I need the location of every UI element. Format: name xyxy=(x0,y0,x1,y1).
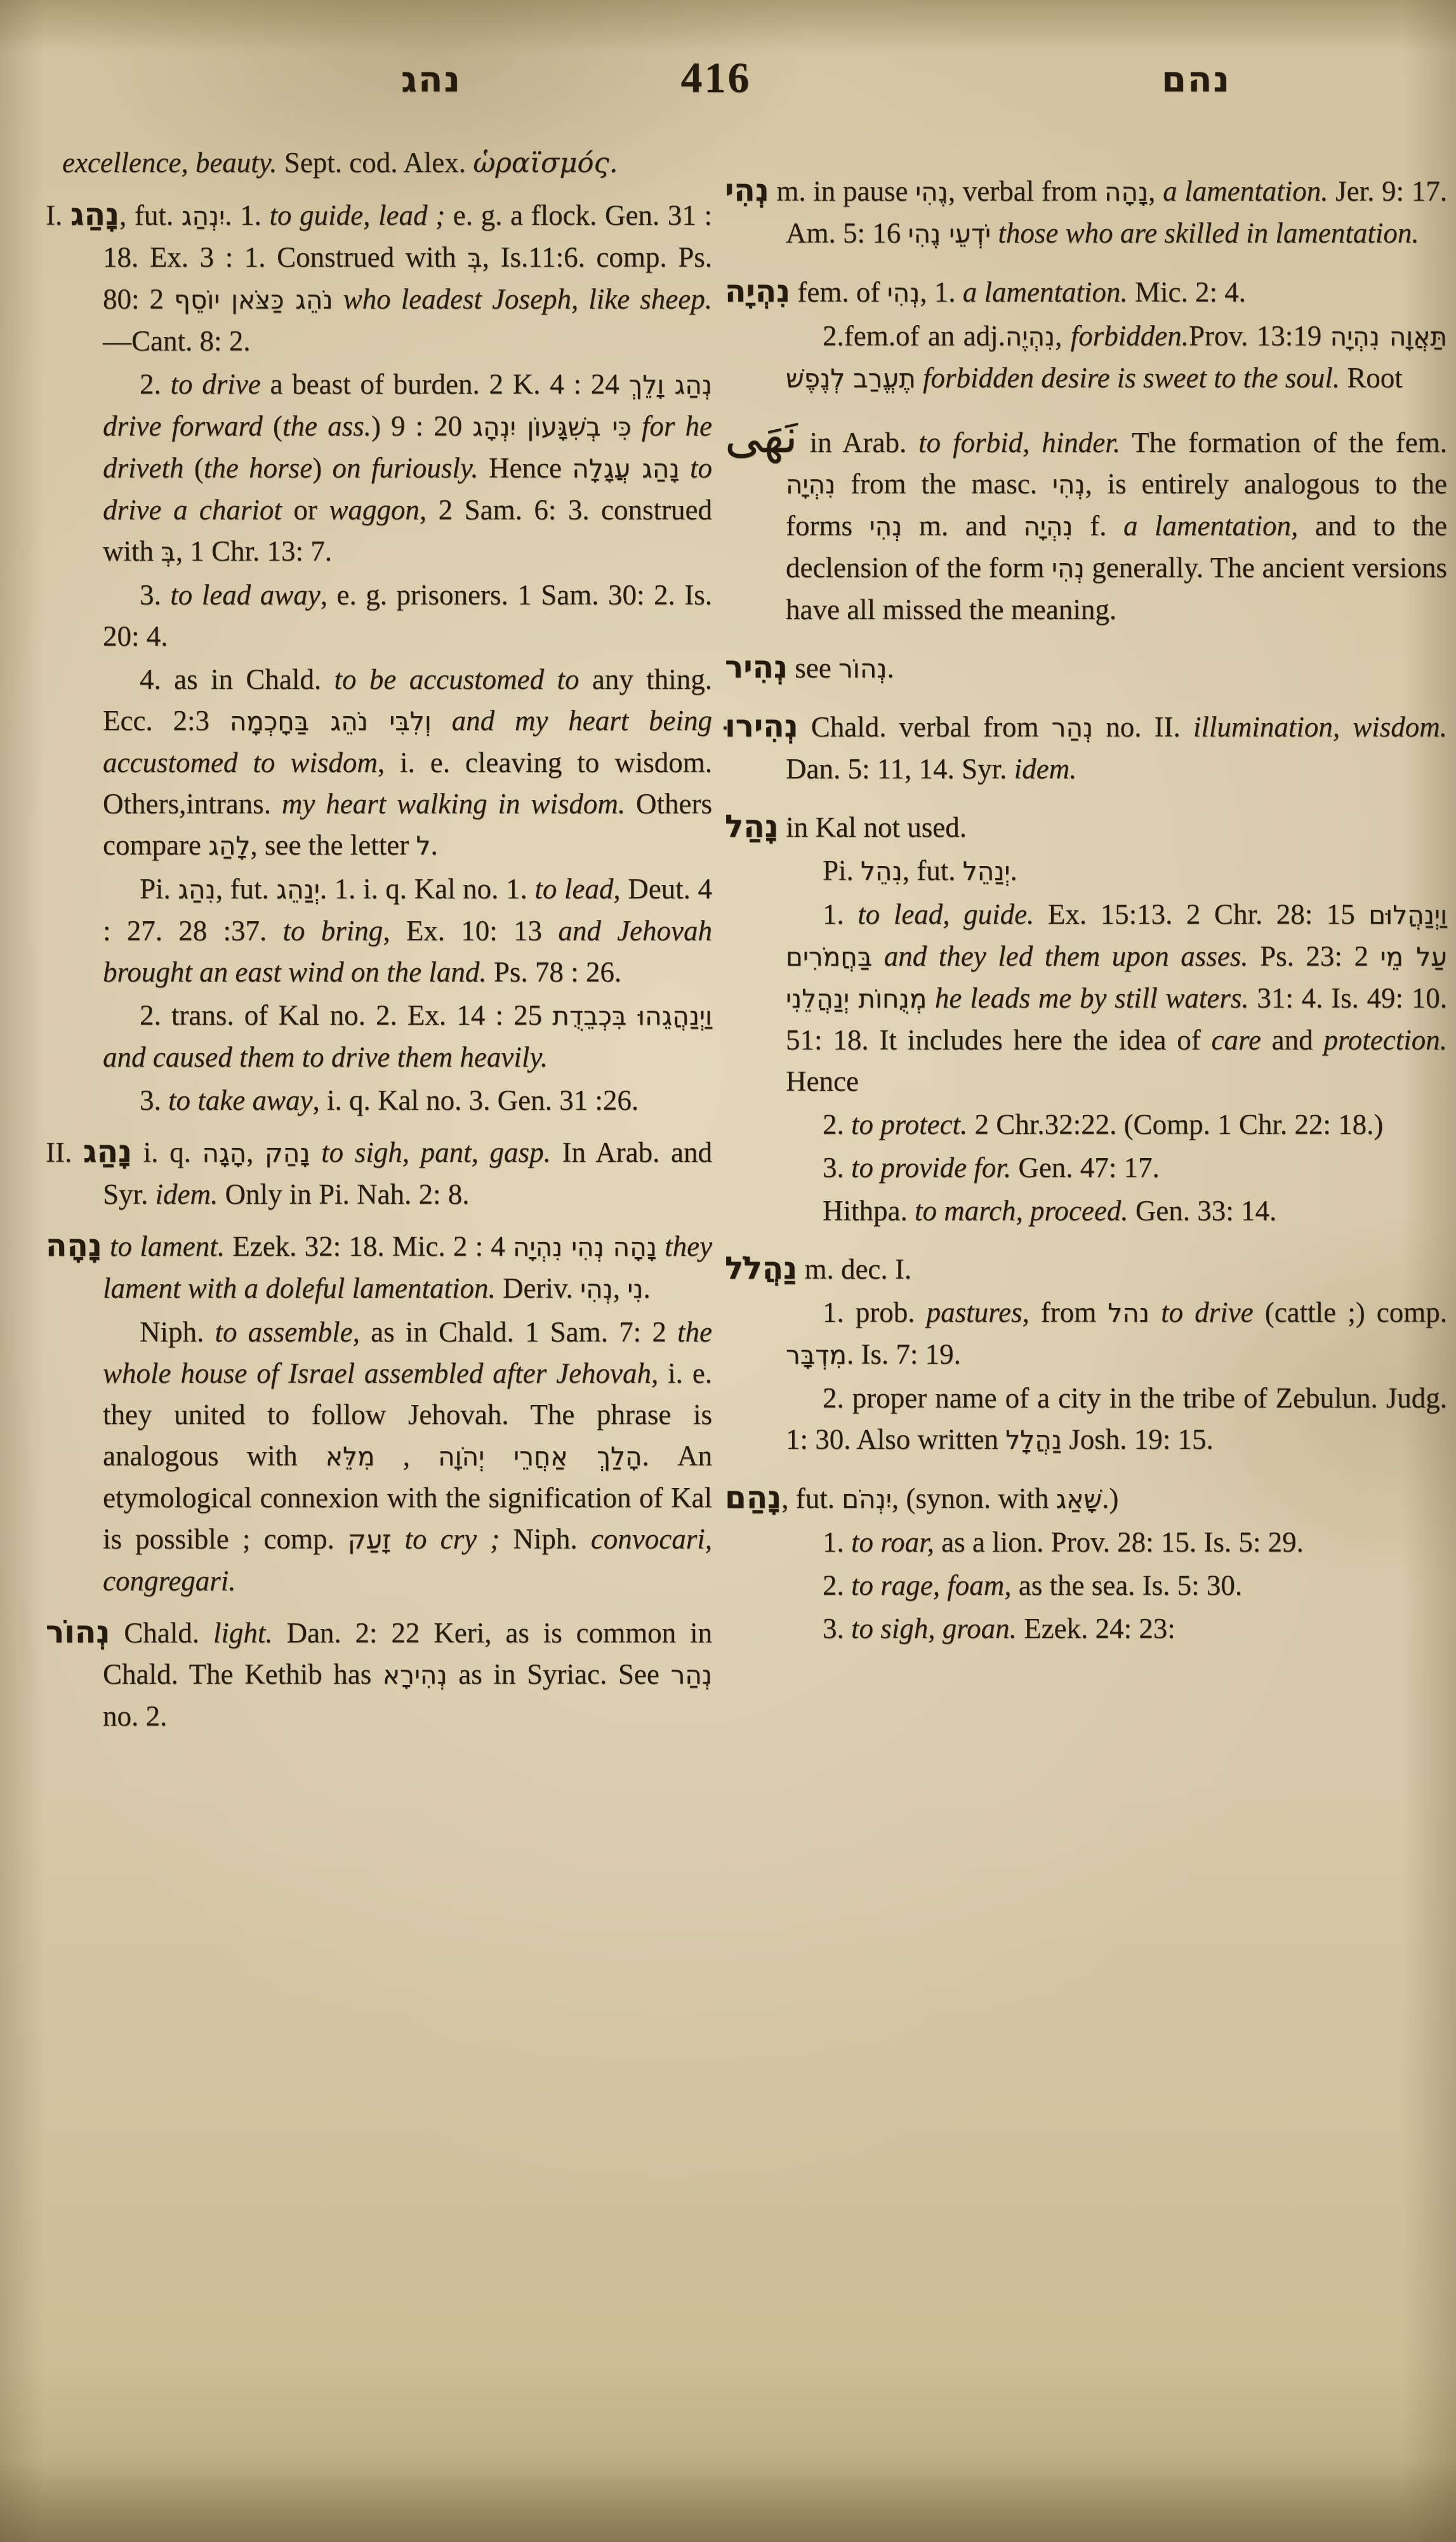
hebrew-word: נִהֵל xyxy=(861,856,903,886)
hebrew-word: נִהְיָה xyxy=(1023,511,1073,542)
text-run: 2. xyxy=(823,1108,851,1140)
italic-text: my heart walking in wisdom. xyxy=(282,788,625,820)
hebrew-word: בְּ xyxy=(467,243,482,273)
italic-text: to roar, xyxy=(851,1526,934,1558)
text-run: Only in Pi. Nah. 2: 8. xyxy=(218,1178,469,1210)
hebrew-word: כִּי בְשִׁגָּעוֹן יִנְהָג xyxy=(472,411,632,442)
hebrew-word: נִי xyxy=(627,1274,643,1304)
hebrew-word: נְהִי xyxy=(870,511,903,542)
hebrew-word: מִלֵּא xyxy=(326,1441,375,1472)
text-run: see xyxy=(788,652,838,684)
text-run: . xyxy=(431,829,438,861)
text-run xyxy=(991,217,998,249)
text-run xyxy=(310,1136,321,1168)
entry-paragraph: נַהֲלֹל m. dec. I. xyxy=(786,1248,1447,1290)
text-run: Niph. xyxy=(500,1523,591,1555)
italic-text: and caused them to drive them heavily. xyxy=(103,1041,548,1073)
sense-paragraph: Pi. נִהַג, fut. יְנַהֵג. 1. i. q. Kal no… xyxy=(103,868,712,993)
text-run: in Arab. xyxy=(798,427,919,458)
text-run: 2.fem.of an adj. xyxy=(823,320,1005,352)
hebrew-headword: נָהַל xyxy=(725,809,779,844)
text-run xyxy=(872,940,884,972)
text-run xyxy=(927,982,935,1014)
guide-word-left: נהג xyxy=(401,62,461,98)
hebrew-headword: נְהוֹר xyxy=(46,1614,110,1650)
entry-paragraph: נְהִי m. in pause נֶהִי, verbal from נָה… xyxy=(786,170,1447,255)
text-run: Ex. 15:13. 2 Chr. 28: 15 xyxy=(1034,898,1368,930)
text-run: 2. xyxy=(140,368,171,400)
text-run: ( xyxy=(263,410,282,442)
hebrew-word: נִהַג xyxy=(178,874,215,905)
hebrew-headword: נִהְיָה xyxy=(725,274,790,309)
entry-paragraph: I. נָהַג, fut. יִנְהַג. 1. to guide, lea… xyxy=(103,194,712,362)
hebrew-word: נָהָה xyxy=(1104,176,1148,207)
sense-paragraph: 3. to sigh, groan. Ezek. 24: 23: xyxy=(786,1608,1447,1649)
text-run xyxy=(1149,1296,1161,1328)
entry-paragraph: נְהִירוּ Chald. verbal from נְהַר no. II… xyxy=(786,706,1447,790)
text-run: ) xyxy=(312,452,332,484)
italic-text: to assemble, xyxy=(215,1316,359,1348)
text-run: Ezek. 32: 18. Mic. 2 : 4 xyxy=(225,1230,513,1262)
sense-paragraph: 3. to take away, i. q. Kal no. 3. Gen. 3… xyxy=(103,1080,712,1121)
italic-text: a lamentation. xyxy=(1163,175,1328,207)
italic-text: to provide for. xyxy=(851,1152,1011,1183)
entry-paragraph: נָהַם, fut. יִנְהֹם, (synon. with שָׁאַג… xyxy=(786,1477,1447,1520)
text-run: 3. xyxy=(823,1152,851,1183)
hebrew-word: נַהֲלָל xyxy=(1005,1425,1062,1455)
text-run: . xyxy=(644,1272,651,1304)
text-run: ) 9 : 20 xyxy=(371,410,472,442)
text-run xyxy=(632,410,642,442)
entry-paragraph: II. נָהַג i. q. הָגָה, נָהַק to sigh, pa… xyxy=(103,1131,712,1215)
italic-text: the horse xyxy=(204,452,312,484)
italic-text: to take away xyxy=(168,1084,312,1116)
text-run: from the masc. xyxy=(835,468,1052,500)
text-run: Hithpa. xyxy=(823,1195,915,1227)
italic-text: to be accustomed to xyxy=(334,663,579,695)
italic-text: light. xyxy=(213,1617,273,1649)
italic-text: illumination, wisdom. xyxy=(1193,711,1447,743)
text-run: . xyxy=(1010,855,1017,886)
hebrew-word: נְהוֹר xyxy=(838,653,887,684)
hebrew-word: שָׁאַג xyxy=(1056,1484,1102,1514)
guide-word-right: נהם xyxy=(1161,62,1231,98)
sense-paragraph: Niph. to assemble, as in Chald. 1 Sam. 7… xyxy=(103,1312,712,1602)
hebrew-headword: נָהַם xyxy=(725,1480,781,1515)
text-run: ( xyxy=(183,452,203,484)
hebrew-word: נָהַק xyxy=(265,1138,310,1168)
text-run: as the sea. Is. 5: 30. xyxy=(1012,1569,1243,1601)
hebrew-word: בְּ xyxy=(161,536,175,567)
text-run: Deriv. xyxy=(496,1272,580,1304)
sense-paragraph: Hithpa. to march, proceed. Gen. 33: 14. xyxy=(786,1190,1447,1232)
hebrew-word: לָהַג xyxy=(208,830,250,861)
sense-paragraph: 1. to roar, as a lion. Prov. 28: 15. Is.… xyxy=(786,1522,1447,1563)
text-run: Pi. xyxy=(140,873,178,905)
text-run: no. II. xyxy=(1093,711,1193,743)
sense-paragraph: 2. proper name of a city in the tribe of… xyxy=(786,1378,1447,1461)
italic-text: to drive xyxy=(1161,1296,1254,1328)
italic-text: idem. xyxy=(1014,753,1077,785)
italic-text: forbidden. xyxy=(1071,320,1189,352)
text-run: or xyxy=(282,494,329,526)
italic-text: who leadest Joseph, like sheep. xyxy=(343,283,712,315)
text-run: as in Chald. 1 Sam. 7: 2 xyxy=(360,1316,677,1348)
hebrew-word: זָעַק xyxy=(348,1524,392,1555)
italic-text: to cry ; xyxy=(405,1523,500,1555)
hebrew-word: הָלַךְ אַחֲרֵי יְהֹוָה xyxy=(438,1441,642,1472)
entry-paragraph: נְהִיר see נְהוֹר. xyxy=(786,647,1447,689)
text-run: , fut. xyxy=(781,1482,842,1514)
text-run: I. xyxy=(46,199,70,231)
italic-text: to sigh, pant, gasp. xyxy=(321,1136,551,1168)
text-run: no. 2. xyxy=(103,1700,167,1732)
italic-text: the ass. xyxy=(282,410,371,442)
italic-text: to forbid, hinder. xyxy=(918,427,1120,458)
hebrew-headword: נָהָה xyxy=(46,1228,102,1263)
text-run: , 1. xyxy=(920,276,963,308)
hebrew-word: יִנְהַג xyxy=(182,201,225,231)
italic-text: protection. xyxy=(1323,1024,1447,1056)
text-run: The formation of the fem. xyxy=(1120,427,1447,458)
text-run: Chald. xyxy=(110,1617,213,1649)
entry-paragraph: נְהוֹר Chald. light. Dan. 2: 22 Keri, as… xyxy=(103,1612,712,1737)
text-run xyxy=(102,1230,110,1262)
italic-text: to march, proceed. xyxy=(915,1195,1128,1227)
italic-text: idem. xyxy=(156,1178,218,1210)
text-run: , fut. xyxy=(119,199,182,231)
text-run: , xyxy=(613,1272,628,1304)
text-run: , xyxy=(375,1440,439,1472)
text-run: II. xyxy=(46,1136,83,1168)
sense-paragraph: 2. to drive a beast of burden. 2 K. 4 : … xyxy=(103,364,712,573)
italic-text: care xyxy=(1212,1024,1261,1056)
text-run: Hence xyxy=(786,1065,859,1097)
italic-text: to sigh, groan. xyxy=(851,1613,1017,1644)
text-run: —Cant. 8: 2. xyxy=(103,325,251,357)
text-run: Sept. cod. Alex. xyxy=(277,147,473,178)
text-run: , see the letter xyxy=(250,829,416,861)
italic-text: to guide, lead ; xyxy=(270,199,446,231)
text-run: . 1. i. q. Kal no. 1. xyxy=(320,873,535,905)
text-run: Dan. 5: 11, 14. Syr. xyxy=(786,753,1014,785)
sense-paragraph: 3. to provide for. Gen. 47: 17. xyxy=(786,1147,1447,1188)
page-header: נהג 416 נהם xyxy=(0,56,1456,151)
italic-text: to lead, guide. xyxy=(857,898,1034,930)
text-run xyxy=(432,705,452,736)
text-run xyxy=(657,1230,665,1262)
hebrew-word: הָגָה xyxy=(202,1138,246,1168)
text-run xyxy=(391,1523,404,1555)
text-run: 4. as in Chald. xyxy=(140,663,334,695)
italic-text: to lament. xyxy=(110,1230,225,1262)
text-run: Ps. 23: 2 xyxy=(1248,940,1380,972)
text-run: 2. xyxy=(823,1569,851,1601)
hebrew-word: נְהַג וָלֵךְ xyxy=(628,369,712,400)
italic-text: to bring xyxy=(283,915,383,947)
italic-text: a lamentation. xyxy=(963,276,1128,308)
italic-text: pastures, xyxy=(927,1296,1029,1328)
text-run: m. and xyxy=(902,510,1023,542)
text-run: , fut. xyxy=(903,855,963,886)
arabic-word: نَهَى xyxy=(725,409,798,463)
left-column: excellence, beauty. Sept. cod. Alex. ὡρα… xyxy=(44,142,712,1737)
text-run: Chald. verbal from xyxy=(798,711,1052,743)
hebrew-word: נִהְיֶה xyxy=(1005,321,1055,352)
italic-text: excellence, beauty. xyxy=(62,147,277,178)
hebrew-word: נְהַר xyxy=(670,1660,712,1690)
text-run: Gen. 33: 14. xyxy=(1128,1195,1277,1227)
text-run: Josh. 19: 15. xyxy=(1062,1423,1214,1455)
hebrew-word: וַיְנַהֲגֵהוּ בִּכְבֵדֻת xyxy=(552,1001,712,1031)
continuation-paragraph: excellence, beauty. Sept. cod. Alex. ὡρα… xyxy=(103,142,712,184)
text-run: . Is. 7: 19. xyxy=(847,1338,961,1370)
text-run: 1. xyxy=(823,898,857,930)
text-run: , xyxy=(246,1136,265,1168)
text-run: i. q. xyxy=(132,1136,202,1168)
hebrew-headword: נְהִי xyxy=(725,173,769,208)
text-run: Mic. 2: 4. xyxy=(1128,276,1246,308)
right-column: נְהִי m. in pause נֶהִי, verbal from נָה… xyxy=(724,170,1447,1649)
sense-paragraph: 2.fem.of an adj.נִהְיֶה, forbidden.Prov.… xyxy=(786,316,1447,399)
hebrew-headword: נְהִירוּ xyxy=(725,709,798,744)
text-run: , fut. xyxy=(216,873,277,905)
italic-text: waggon xyxy=(329,494,420,526)
sense-paragraph: 4. as in Chald. to be accustomed to any … xyxy=(103,659,712,867)
text-run: 2 Chr.32:22. (Comp. 1 Chr. 22: 18.) xyxy=(967,1108,1383,1140)
text-run: fem. of xyxy=(790,276,887,308)
text-run: and xyxy=(1261,1024,1324,1056)
text-run: , verbal from xyxy=(948,175,1104,207)
hebrew-word: יִנְהֹם xyxy=(842,1484,892,1514)
sense-paragraph: 3. to lead away, e. g. prisoners. 1 Sam.… xyxy=(103,575,712,657)
text-run: , 1 Chr. 13: 7. xyxy=(176,535,332,567)
italic-text: drive forward xyxy=(103,410,263,442)
text-run xyxy=(916,362,923,394)
italic-text: to lead xyxy=(534,873,613,905)
italic-text: to lead away xyxy=(170,579,320,611)
text-run: (cattle ;) comp. xyxy=(1254,1296,1447,1328)
italic-text: he leads me by still waters. xyxy=(935,982,1249,1014)
text-run: from xyxy=(1029,1296,1108,1328)
text-run: Hence xyxy=(479,452,572,484)
text-run: .) xyxy=(1102,1482,1118,1514)
italic-text: on furiously. xyxy=(333,452,479,484)
hebrew-word: נִהְיָה xyxy=(786,469,835,500)
italic-text: and they led them upon asses. xyxy=(884,940,1248,972)
hebrew-headword: נָהַג xyxy=(70,197,119,232)
hebrew-word: נְהִי xyxy=(1052,553,1085,583)
text-run: 3. xyxy=(823,1613,851,1644)
hebrew-headword: נַהֲלֹל xyxy=(725,1251,797,1286)
text-run: , xyxy=(1148,175,1163,207)
text-run: . xyxy=(887,652,894,684)
sense-paragraph: 2. to protect. 2 Chr.32:22. (Comp. 1 Chr… xyxy=(786,1104,1447,1145)
italic-text: to rage, foam, xyxy=(851,1569,1012,1601)
text-run: in Kal not used. xyxy=(779,811,967,843)
hebrew-word: נֹהֵג כַּצֹּאן יוֹסֵף xyxy=(174,284,333,315)
italic-text: those who are skilled in lamentation. xyxy=(998,217,1419,249)
hebrew-word: מִדְבָּר xyxy=(786,1340,847,1370)
text-run: 3. xyxy=(140,579,170,611)
greek-word: ὡραϊσμός. xyxy=(473,147,618,179)
hebrew-headword: נָהַג xyxy=(83,1134,132,1169)
italic-text: to protect. xyxy=(851,1108,967,1140)
text-run: f. xyxy=(1073,510,1123,542)
entry-paragraph: נָהַל in Kal not used. xyxy=(786,806,1447,848)
text-run: 2. trans. of Kal no. 2. Ex. 14 : 25 xyxy=(140,999,552,1031)
text-run: 1. xyxy=(823,1526,851,1558)
text-run: , i. q. Kal no. 3. Gen. 31 :26. xyxy=(312,1084,639,1116)
hebrew-word: ל xyxy=(416,830,430,861)
sense-paragraph: 2. to rage, foam, as the sea. Is. 5: 30. xyxy=(786,1565,1447,1606)
text-run: , xyxy=(1055,320,1071,352)
hebrew-word: נֶהִי xyxy=(915,176,948,207)
text-run: m. dec. I. xyxy=(797,1253,911,1285)
sense-paragraph: Pi. נִהֵל, fut. יְנַהֵל. xyxy=(786,850,1447,892)
text-run xyxy=(333,283,343,315)
hebrew-word: וְלִבִּי נֹהֵג בַּחָכְמָה xyxy=(230,706,432,736)
scanned-lexicon-page: נהג 416 נהם excellence, beauty. Sept. co… xyxy=(0,0,1456,2542)
text-run: Pi. xyxy=(823,855,861,886)
hebrew-word: נְהִי xyxy=(1052,469,1085,500)
hebrew-word: נְהִי xyxy=(580,1274,613,1304)
italic-text: a lamentation, xyxy=(1123,510,1298,542)
text-run: . 1. xyxy=(225,199,269,231)
sense-paragraph: 2. trans. of Kal no. 2. Ex. 14 : 25 וַיְ… xyxy=(103,995,712,1078)
entry-paragraph: נָהָה to lament. Ezek. 32: 18. Mic. 2 : … xyxy=(103,1225,712,1310)
entry-paragraph: נִהְיָה fem. of נְהִי, 1. a lamentation.… xyxy=(786,271,1447,314)
text-run: Ezek. 24: 23: xyxy=(1017,1613,1175,1644)
text-run: as a lion. Prov. 28: 15. Is. 5: 29. xyxy=(934,1526,1304,1558)
text-run: Niph. xyxy=(140,1316,215,1348)
hebrew-word: נָהָה נְהִי נִהְיָה xyxy=(513,1232,657,1262)
hebrew-word: יְנַהֵג xyxy=(276,874,319,905)
text-run: , (synon. with xyxy=(892,1482,1056,1514)
hebrew-word: נהל xyxy=(1108,1298,1149,1328)
text-run: 3. xyxy=(140,1084,168,1116)
hebrew-word: נָהַג עֲגָלָה xyxy=(572,453,679,484)
text-run: as in Syriac. See xyxy=(447,1658,671,1690)
entry-paragraph: نَهَى in Arab. to forbid, hinder. The fo… xyxy=(786,416,1447,630)
sense-paragraph: 1. prob. pastures, from נהל to drive (ca… xyxy=(786,1292,1447,1376)
text-run: a beast of burden. 2 K. 4 : 24 xyxy=(261,368,629,400)
text-run: Prov. 13:19 xyxy=(1189,320,1330,352)
text-run: 1. prob. xyxy=(823,1296,927,1328)
page-number: 416 xyxy=(646,56,786,99)
text-run: m. in pause xyxy=(769,175,915,207)
italic-text: to drive xyxy=(171,368,261,400)
text-run: Root xyxy=(1340,362,1403,394)
sense-paragraph: 1. to lead, guide. Ex. 15:13. 2 Chr. 28:… xyxy=(786,894,1447,1102)
text-run: Gen. 47: 17. xyxy=(1011,1152,1160,1183)
hebrew-headword: נְהִיר xyxy=(725,649,788,685)
hebrew-word: נְהַר xyxy=(1052,712,1094,743)
hebrew-word: יֹדְעֵי נֶהִי xyxy=(908,218,991,249)
text-run: Ps. 78 : 26. xyxy=(487,956,622,988)
italic-text: forbidden desire is sweet to the soul. xyxy=(923,362,1340,394)
hebrew-word: נְהִירָא xyxy=(383,1660,447,1690)
text-run xyxy=(680,452,690,484)
hebrew-word: יְנַהֵל xyxy=(963,856,1010,886)
hebrew-word: נְהִי xyxy=(887,277,920,308)
text-run: , Ex. 10: 13 xyxy=(383,915,558,947)
